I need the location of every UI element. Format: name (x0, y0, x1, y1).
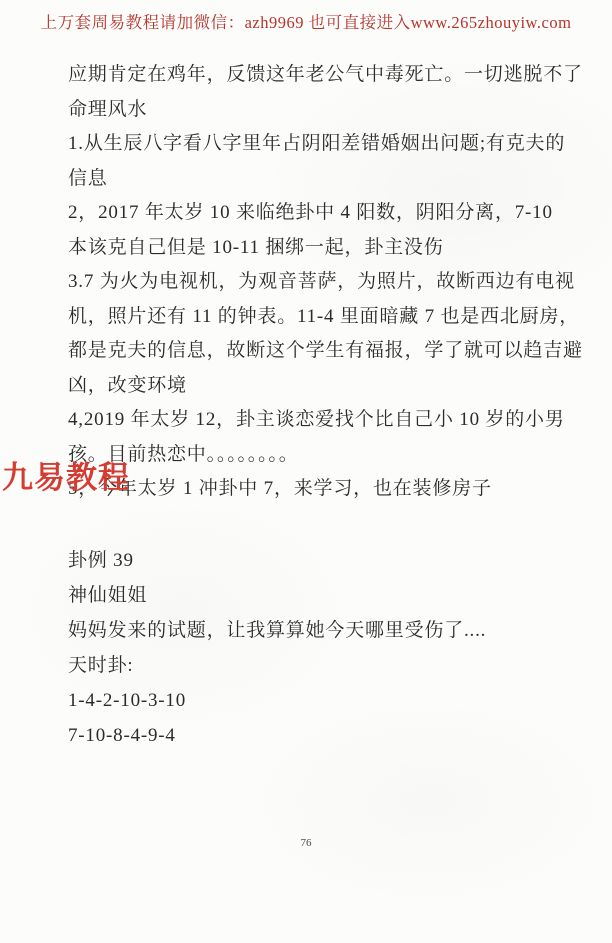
text-line: 2，2017 年太岁 10 来临绝卦中 4 阳数，阴阳分离，7-10 (68, 196, 568, 231)
text-line: 机，照片还有 11 的钟表。11-4 里面暗藏 7 也是西北厨房， (68, 300, 568, 335)
text-line: 应期肯定在鸡年，反馈这年老公气中毒死亡。一切逃脱不了 (68, 58, 568, 93)
hexagram-numbers: 7-10-8-4-9-4 (68, 718, 568, 753)
document-body: 应期肯定在鸡年，反馈这年老公气中毒死亡。一切逃脱不了 命理风水 1.从生辰八字看… (68, 58, 568, 753)
page-number: 76 (0, 837, 612, 849)
case-title: 卦例 39 (68, 543, 568, 578)
text-line: 3.7 为火为电视机，为观音菩萨，为照片，故断西边有电视 (68, 265, 568, 300)
text-line: 天时卦: (68, 648, 568, 683)
text-line: 妈妈发来的试题，让我算算她今天哪里受伤了.... (68, 613, 568, 648)
text-line: 都是克夫的信息，故断这个学生有福报，学了就可以趋吉避 (68, 334, 568, 369)
text-line: 命理风水 (68, 93, 568, 128)
text-line: 1.从生辰八字看八字里年占阴阳差错婚姻出问题;有克夫的 (68, 127, 568, 162)
text-line: 神仙姐姐 (68, 578, 568, 613)
blank-line (68, 507, 568, 543)
text-line: 孩。目前热恋中。。。。。。。。 (68, 438, 568, 473)
promo-header: 上万套周易教程请加微信：azh9969 也可直接进入www.265zhouyiw… (0, 9, 612, 33)
text-line: 本该克自己但是 10-11 捆绑一起，卦主没伤 (68, 231, 568, 266)
text-line: 凶，改变环境 (68, 369, 568, 404)
text-line: 5，今年太岁 1 冲卦中 7，来学习，也在装修房子 (68, 472, 568, 507)
hexagram-numbers: 1-4-2-10-3-10 (68, 683, 568, 718)
watermark: 九易教程 (2, 452, 130, 497)
text-line: 信息 (68, 162, 568, 197)
text-line: 4,2019 年太岁 12，卦主谈恋爱找个比自己小 10 岁的小男 (68, 403, 568, 438)
